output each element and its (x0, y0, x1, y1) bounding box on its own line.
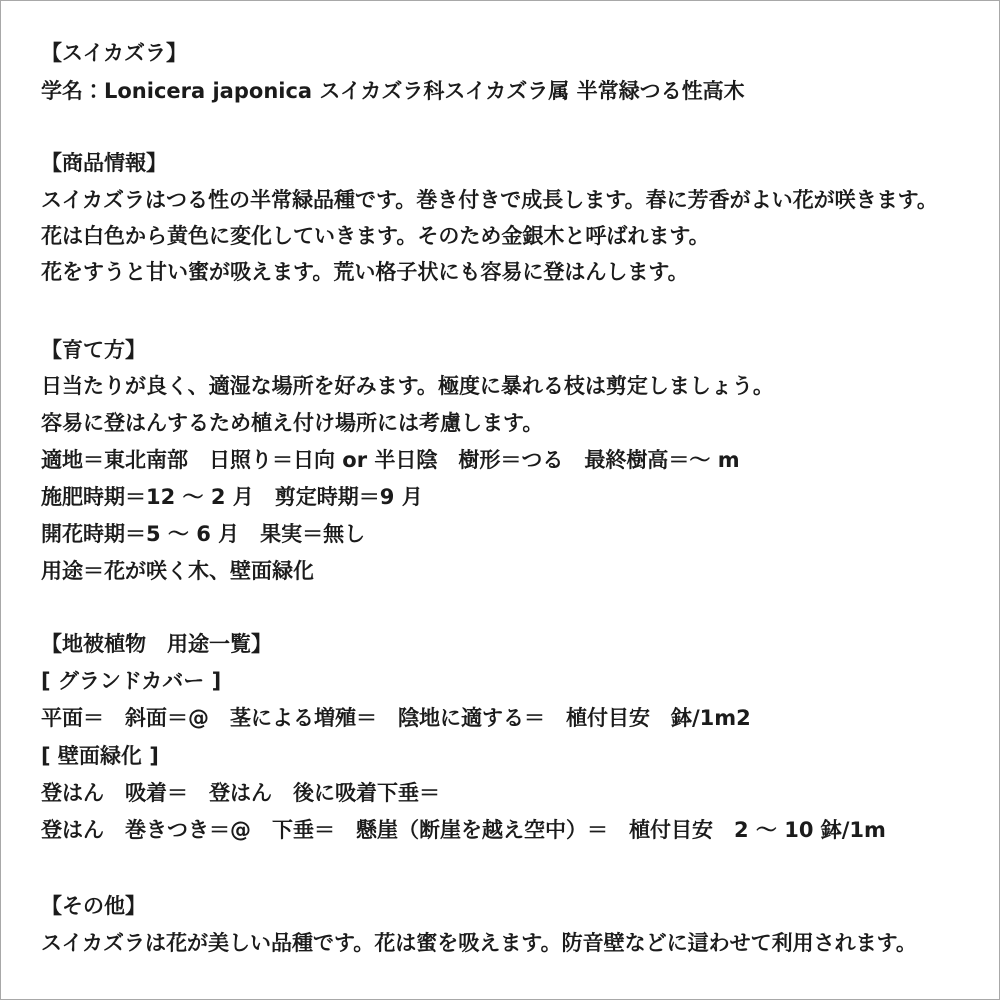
line-other-1: スイカズラは花が美しい品種です。花は蜜を吸えます。防音壁などに這わせて利用されま… (41, 931, 917, 955)
line-care-bloom-fruit: 開花時期＝5 ～ 6 月 果実＝無し (41, 522, 365, 546)
product-description-page: 【スイカズラ】 学名：Lonicera japonica スイカズラ科スイカズラ… (0, 0, 1000, 1000)
line-wall-greening-2: 登はん 巻きつき＝@ 下垂＝ 懸崖（断崖を越え空中）＝ 植付目安 2 ～ 10 … (41, 818, 886, 842)
heading-usage-list: 【地被植物 用途一覧】 (41, 632, 272, 656)
label-ground-cover: [ グランドカバー ] (41, 669, 221, 693)
heading-plant-name: 【スイカズラ】 (41, 41, 187, 65)
label-wall-greening: [ 壁面緑化 ] (41, 744, 159, 768)
heading-care: 【育て方】 (41, 338, 146, 362)
line-care-fertilize-prune: 施肥時期＝12 ～ 2 月 剪定時期＝9 月 (41, 485, 423, 509)
line-product-info-3: 花をすうと甘い蜜が吸えます。荒い格子状にも容易に登はんします。 (41, 260, 689, 284)
line-care-uses: 用途＝花が咲く木、壁面緑化 (41, 559, 314, 583)
line-ground-cover-values: 平面＝ 斜面＝@ 茎による増殖＝ 陰地に適する＝ 植付目安 鉢/1m2 (41, 706, 751, 730)
line-care-site-conditions: 適地＝東北南部 日照り＝日向 or 半日陰 樹形＝つる 最終樹高＝～ m (41, 448, 740, 472)
line-wall-greening-1: 登はん 吸着＝ 登はん 後に吸着下垂＝ (41, 781, 440, 805)
line-care-2: 容易に登はんするため植え付け場所には考慮します。 (41, 411, 543, 435)
heading-other: 【その他】 (41, 894, 146, 918)
line-product-info-2: 花は白色から黄色に変化していきます。そのため金銀木と呼ばれます。 (41, 224, 710, 248)
line-product-info-1: スイカズラはつる性の半常緑品種です。巻き付きで成長します。春に芳香がよい花が咲き… (41, 188, 938, 212)
heading-product-info: 【商品情報】 (41, 151, 167, 175)
line-care-1: 日当たりが良く、適湿な場所を好みます。極度に暴れる枝は剪定しましょう。 (41, 374, 774, 398)
line-scientific-name: 学名：Lonicera japonica スイカズラ科スイカズラ属 半常緑つる性… (41, 79, 745, 103)
